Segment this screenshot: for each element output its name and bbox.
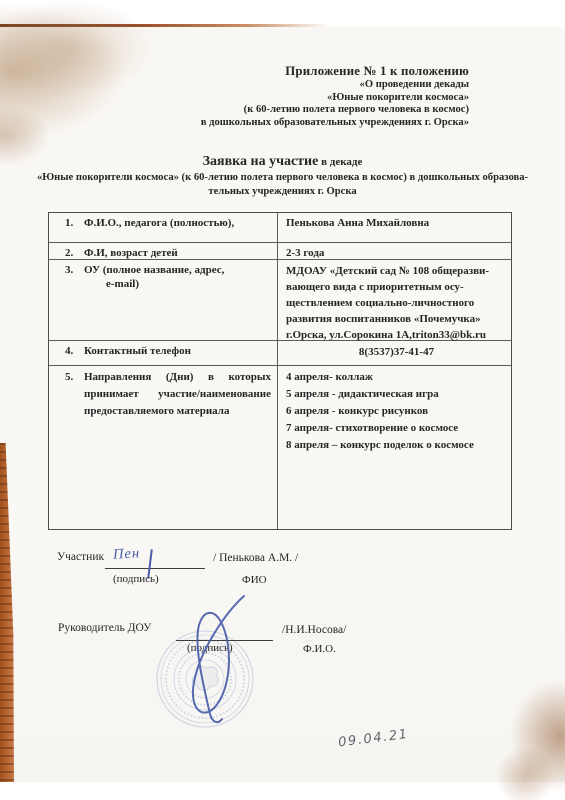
appendix-line: «Юные покорители космоса» xyxy=(139,92,469,105)
title-suffix: в декаде xyxy=(318,156,362,168)
head-handwritten-signature xyxy=(160,592,270,732)
appendix-line: (к 60-летию полета первого человека в ко… xyxy=(139,104,469,117)
scanner-bed xyxy=(0,782,565,800)
row-label-cell: 3. ОУ (полное название, адрес, e-mail) xyxy=(49,260,278,343)
row-value-cell: 4 апреля- коллаж 5 апреля - дидактическа… xyxy=(278,366,511,529)
participant-name: / Пенькова А.М. / xyxy=(213,552,298,564)
table-row: 2. Ф.И, возраст детей 2-3 года xyxy=(49,243,511,260)
row-label: Ф.И.О., педагога (полностью), xyxy=(84,216,271,242)
row-value-cell: МДОАУ «Детский сад № 108 общеразви- вающ… xyxy=(278,260,511,343)
scanned-document: Приложение № 1 к положению «О проведении… xyxy=(0,0,565,800)
row-number: 5. xyxy=(65,369,78,529)
application-table: 1. Ф.И.О., педагога (полностью), Пеньков… xyxy=(48,212,512,530)
participant-handwritten-signature: Пен xyxy=(113,545,141,563)
appendix-header: Приложение № 1 к положению «О проведении… xyxy=(139,63,469,129)
document-title: Заявка на участие в декаде xyxy=(0,152,565,170)
table-row: 5. Направления (Дни) в которых принимает… xyxy=(49,366,511,529)
head-role-label: Руководитель ДОУ xyxy=(58,622,151,634)
participant-sign-caption: (подпись) xyxy=(113,573,159,585)
appendix-line: «О проведении декады xyxy=(139,79,469,92)
row-label: Ф.И, возраст детей xyxy=(84,246,271,260)
table-row: 1. Ф.И.О., педагога (полностью), Пеньков… xyxy=(49,213,511,243)
row-number: 4. xyxy=(65,344,78,365)
participant-role-label: Участник xyxy=(57,551,104,563)
row-value-cell: 8(3537)37-41-47 xyxy=(278,341,511,365)
scan-edge-line xyxy=(0,24,330,27)
row-label: Направления (Дни) в которых принимает уч… xyxy=(84,369,271,529)
table-row: 3. ОУ (полное название, адрес, e-mail) М… xyxy=(49,260,511,341)
head-name: /Н.И.Носова/ xyxy=(282,624,346,636)
row-label: ОУ (полное название, адрес, e-mail) xyxy=(84,263,271,343)
appendix-title: Приложение № 1 к положению xyxy=(139,63,469,79)
row-value-cell: 2-3 года xyxy=(278,243,511,260)
row-label-cell: 1. Ф.И.О., педагога (полностью), xyxy=(49,213,278,242)
row-label-cell: 4. Контактный телефон xyxy=(49,341,278,365)
table-row: 4. Контактный телефон 8(3537)37-41-47 xyxy=(49,341,511,366)
document-subtitle: «Юные покорители космоса» (к 60-летию по… xyxy=(0,171,565,199)
appendix-line: в дошкольных образовательных учреждениях… xyxy=(139,117,469,130)
row-number: 3. xyxy=(65,263,78,343)
row-label-cell: 5. Направления (Дни) в которых принимает… xyxy=(49,366,278,529)
title-main: Заявка на участие xyxy=(203,154,319,169)
head-name-caption: Ф.И.О. xyxy=(303,643,336,655)
row-label-cell: 2. Ф.И, возраст детей xyxy=(49,243,278,260)
row-number: 1. xyxy=(65,216,78,242)
participant-name-caption: ФИО xyxy=(242,574,267,586)
row-label: Контактный телефон xyxy=(84,344,271,365)
row-number: 2. xyxy=(65,246,78,260)
row-value-cell: Пенькова Анна Михайловна xyxy=(278,213,511,242)
